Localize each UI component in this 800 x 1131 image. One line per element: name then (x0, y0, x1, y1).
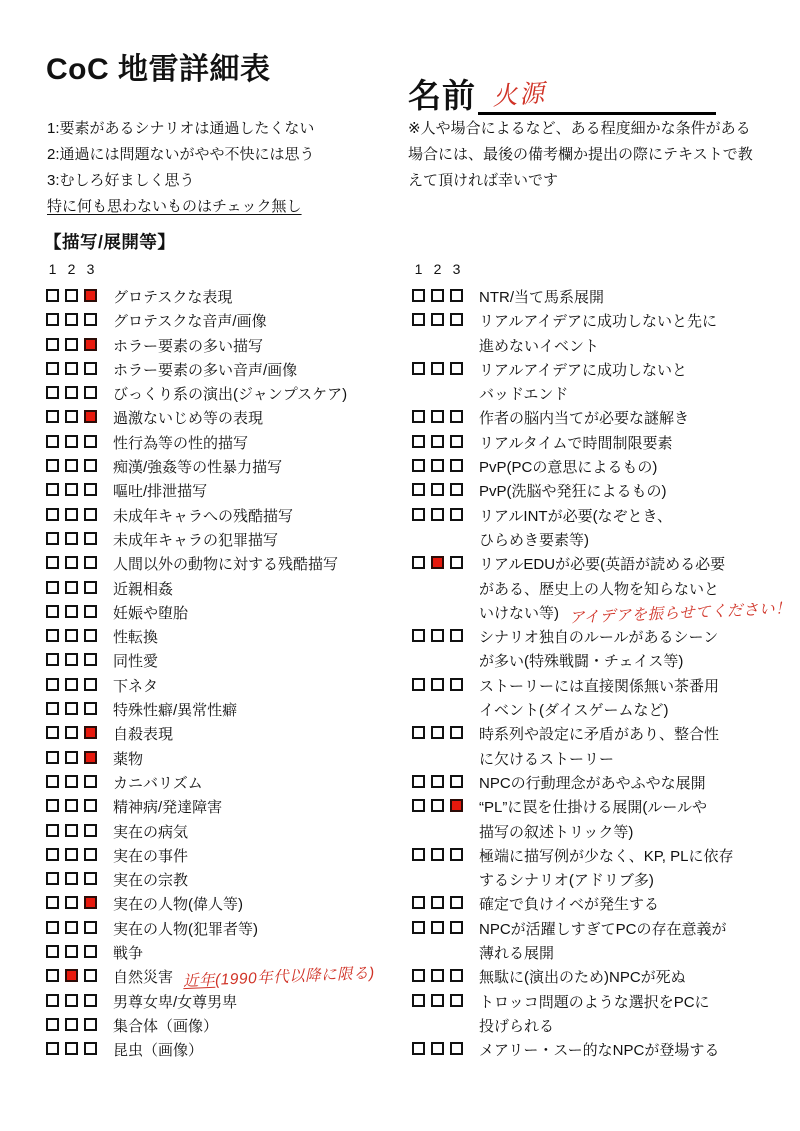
rating-checkbox-2[interactable] (65, 921, 78, 934)
rating-checkbox-1[interactable] (412, 362, 425, 375)
rating-checkbox-2-checked[interactable] (65, 969, 78, 982)
item-text: 薬物 (113, 748, 143, 772)
checklist-item: NPCが活躍しすぎてPCの存在意義が薄れる展開 (412, 918, 784, 967)
rating-checkbox-2[interactable] (65, 629, 78, 642)
item-text: シナリオ独自のルールがあるシーンが多い(特殊戦闘・チェイス等) (479, 626, 718, 675)
rating-checkbox-3[interactable] (450, 678, 463, 691)
item-label: 実在の人物(犯罪者等) (113, 921, 258, 938)
item-text: 昆虫（画像） (113, 1039, 203, 1063)
item-text: 人間以外の動物に対する残酷描写 (113, 553, 338, 577)
rating-boxes (412, 675, 470, 696)
rating-boxes (412, 359, 470, 380)
rating-checkbox-3[interactable] (450, 629, 463, 642)
checklist-item: 実在の人物(犯罪者等) (46, 918, 418, 942)
item-label: 時系列や設定に矛盾があり、整合性 (479, 726, 719, 743)
rating-checkbox-1[interactable] (46, 848, 59, 861)
rating-checkbox-3[interactable] (84, 653, 97, 666)
item-label: 未成年キャラへの残酷描写 (113, 508, 293, 525)
rating-checkbox-1[interactable] (46, 1018, 59, 1031)
rating-checkbox-2[interactable] (65, 653, 78, 666)
name-underline: 火源 (478, 72, 716, 115)
checklist-item: 自然災害近年(1990年代以降に限る) (46, 966, 418, 990)
item-label: PvP(洗脳や発狂によるもの) (479, 483, 667, 500)
rating-boxes (412, 796, 470, 817)
item-label: 実在の事件 (113, 848, 188, 865)
rating-checkbox-2[interactable] (65, 824, 78, 837)
rating-checkbox-1[interactable] (46, 702, 59, 715)
rating-checkbox-3[interactable] (84, 1042, 97, 1055)
rating-boxes (46, 942, 104, 963)
rating-checkbox-1[interactable] (46, 678, 59, 691)
rating-checkbox-2[interactable] (65, 775, 78, 788)
rating-checkbox-2[interactable] (431, 896, 444, 909)
item-label: ストーリーには直接関係無い茶番用 (479, 678, 719, 695)
item-label: 痴漢/強姦等の性暴力描写 (113, 459, 282, 476)
item-text: メアリー・スー的なNPCが登場する (479, 1039, 719, 1063)
item-label: ひらめき要素等) (479, 532, 589, 549)
rating-checkbox-2[interactable] (65, 289, 78, 302)
rating-checkbox-1[interactable] (46, 435, 59, 448)
rating-boxes (412, 772, 470, 793)
rating-checkbox-2[interactable] (65, 508, 78, 521)
item-label: びっくり系の演出(ジャンプスケア) (113, 386, 347, 403)
rating-checkbox-1[interactable] (46, 751, 59, 764)
item-text: 近親相姦 (113, 578, 173, 602)
rating-checkbox-2[interactable] (65, 483, 78, 496)
rating-boxes (412, 1039, 470, 1060)
rating-boxes (412, 626, 470, 647)
rating-checkbox-3[interactable] (84, 313, 97, 326)
checklist-item: 精神病/発達障害 (46, 796, 418, 820)
rating-checkbox-1[interactable] (412, 483, 425, 496)
rating-checkbox-3[interactable] (84, 532, 97, 545)
item-text: 過激ないじめ等の表現 (113, 407, 263, 431)
checklist-item: びっくり系の演出(ジャンプスケア) (46, 383, 418, 407)
rating-checkbox-3[interactable] (450, 435, 463, 448)
item-label: が多い(特殊戦闘・チェイス等) (479, 653, 683, 670)
rating-checkbox-2[interactable] (431, 435, 444, 448)
rating-checkbox-2[interactable] (431, 726, 444, 739)
item-text: 実在の宗教 (113, 869, 188, 893)
rating-checkbox-1[interactable] (412, 848, 425, 861)
rating-checkbox-2[interactable] (65, 678, 78, 691)
checklist-item: メアリー・スー的なNPCが登場する (412, 1039, 784, 1063)
item-label: 進めないイベント (479, 338, 599, 355)
item-text: 嘔吐/排泄描写 (113, 480, 207, 504)
rating-boxes (46, 432, 104, 453)
item-label: ホラー要素の多い音声/画像 (113, 362, 297, 379)
item-label: ホラー要素の多い描写 (113, 338, 263, 355)
rating-boxes (46, 893, 104, 914)
rating-checkbox-3[interactable] (84, 483, 97, 496)
rating-checkbox-2[interactable] (65, 896, 78, 909)
rating-checkbox-1[interactable] (412, 289, 425, 302)
rating-checkbox-1[interactable] (46, 994, 59, 1007)
rating-checkbox-2[interactable] (431, 459, 444, 472)
scale-digit: 2 (431, 261, 444, 286)
checklist-item: 作者の脳内当てが必要な謎解き (412, 407, 784, 431)
item-label: グロテスクな音声/画像 (113, 313, 267, 330)
rating-checkbox-3[interactable] (84, 702, 97, 715)
rating-checkbox-2[interactable] (65, 702, 78, 715)
rating-checkbox-2[interactable] (65, 338, 78, 351)
rating-checkbox-3[interactable] (84, 581, 97, 594)
scale-digit: 1 (46, 261, 59, 286)
rating-boxes (46, 456, 104, 477)
rating-checkbox-3[interactable] (84, 459, 97, 472)
page-title: CoC 地雷詳細表 (46, 44, 271, 88)
rating-checkbox-3-checked[interactable] (84, 338, 97, 351)
rating-checkbox-2[interactable] (65, 556, 78, 569)
rating-boxes (412, 456, 470, 477)
rating-checkbox-1[interactable] (412, 435, 425, 448)
coc-trigger-checklist-page: CoC 地雷詳細表 1:要素があるシナリオは通過したくない 2:通過には問題ない… (0, 0, 800, 1131)
item-text: リアルアイデアに成功しないと先に進めないイベント (479, 310, 717, 359)
conditions-note: ※人や場合によるなど、ある程度細かな条件がある 場合には、最後の備考欄か提出の際… (408, 116, 753, 194)
rating-legend: 1:要素があるシナリオは通過したくない 2:通過には問題ないがやや不快には思う … (47, 116, 315, 220)
rating-checkbox-1[interactable] (412, 775, 425, 788)
note-line-1: ※人や場合によるなど、ある程度細かな条件がある (408, 116, 753, 142)
scale-digit: 2 (65, 261, 78, 286)
item-label: NTR/当て馬系展開 (479, 289, 604, 306)
rating-checkbox-1[interactable] (412, 799, 425, 812)
rating-boxes (412, 432, 470, 453)
rating-boxes (46, 772, 104, 793)
rating-checkbox-3[interactable] (84, 799, 97, 812)
rating-checkbox-3[interactable] (450, 848, 463, 861)
rating-checkbox-1[interactable] (412, 921, 425, 934)
item-label: 人間以外の動物に対する残酷描写 (113, 556, 338, 573)
rating-checkbox-1[interactable] (46, 1042, 59, 1055)
item-label: PvP(PCの意思によるもの) (479, 459, 657, 476)
rating-checkbox-1[interactable] (46, 945, 59, 958)
rating-boxes (46, 650, 104, 671)
rating-checkbox-1[interactable] (46, 532, 59, 545)
checklist-item: シナリオ独自のルールがあるシーンが多い(特殊戦闘・チェイス等) (412, 626, 784, 675)
checklist-column-right: 123NTR/当て馬系展開リアルアイデアに成功しないと先に進めないイベントリアル… (412, 261, 784, 1064)
item-text: NTR/当て馬系展開 (479, 286, 604, 310)
rating-checkbox-3[interactable] (450, 726, 463, 739)
handwritten-note-underlined: 近年 (183, 972, 216, 990)
item-label: 同性愛 (113, 653, 158, 670)
rating-checkbox-2[interactable] (65, 848, 78, 861)
rating-checkbox-3[interactable] (84, 1018, 97, 1031)
rating-checkbox-2[interactable] (65, 726, 78, 739)
item-label: 薬物 (113, 751, 143, 768)
scale-header: 123 (412, 261, 784, 286)
checklist-item: トロッコ問題のような選択をPCに投げられる (412, 991, 784, 1040)
rating-checkbox-2[interactable] (431, 508, 444, 521)
rating-checkbox-3[interactable] (450, 556, 463, 569)
item-text: NPCの行動理念があやふやな展開 (479, 772, 706, 796)
rating-checkbox-1[interactable] (46, 799, 59, 812)
rating-checkbox-1[interactable] (46, 824, 59, 837)
rating-boxes (46, 553, 104, 574)
item-label: 性転換 (113, 629, 158, 646)
rating-boxes (412, 480, 470, 501)
rating-checkbox-3[interactable] (450, 969, 463, 982)
rating-checkbox-3[interactable] (84, 386, 97, 399)
rating-checkbox-2[interactable] (431, 629, 444, 642)
rating-checkbox-3-checked[interactable] (84, 896, 97, 909)
item-label: 近親相姦 (113, 581, 173, 598)
item-label: シナリオ独自のルールがあるシーン (479, 629, 718, 646)
rating-checkbox-2[interactable] (431, 313, 444, 326)
rating-boxes (412, 893, 470, 914)
checklist-item: 実在の人物(偉人等) (46, 893, 418, 917)
item-text: 実在の病気 (113, 821, 188, 845)
rating-checkbox-3[interactable] (450, 362, 463, 375)
rating-checkbox-3[interactable] (84, 945, 97, 958)
checklist-item: 特殊性癖/異常性癖 (46, 699, 418, 723)
rating-checkbox-2[interactable] (431, 362, 444, 375)
rating-checkbox-2[interactable] (65, 459, 78, 472)
checklist-item: 過激ないじめ等の表現 (46, 407, 418, 431)
rating-checkbox-1[interactable] (412, 459, 425, 472)
rating-checkbox-2[interactable] (65, 532, 78, 545)
rating-checkbox-1[interactable] (46, 410, 59, 423)
checklist-item: 同性愛 (46, 650, 418, 674)
handwritten-note: 近年(1990年代以降に限る) (183, 962, 376, 995)
rating-checkbox-3[interactable] (450, 994, 463, 1007)
checklist-item: 嘔吐/排泄描写 (46, 480, 418, 504)
rating-checkbox-3-checked[interactable] (84, 410, 97, 423)
rating-checkbox-1[interactable] (412, 678, 425, 691)
rating-checkbox-3-checked[interactable] (450, 799, 463, 812)
item-label: イベント(ダイスゲームなど) (479, 702, 669, 719)
rating-checkbox-2[interactable] (431, 289, 444, 302)
rating-checkbox-3[interactable] (84, 775, 97, 788)
checklist-item: 薬物 (46, 748, 418, 772)
rating-checkbox-2[interactable] (65, 605, 78, 618)
rating-checkbox-2[interactable] (431, 969, 444, 982)
rating-checkbox-1[interactable] (412, 508, 425, 521)
rating-checkbox-3[interactable] (84, 435, 97, 448)
rating-checkbox-1[interactable] (412, 313, 425, 326)
rating-checkbox-1[interactable] (46, 338, 59, 351)
rating-checkbox-3[interactable] (450, 459, 463, 472)
rating-checkbox-2[interactable] (431, 994, 444, 1007)
rating-checkbox-2[interactable] (431, 483, 444, 496)
checklist-item: グロテスクな音声/画像 (46, 310, 418, 334)
checklist-item: 未成年キャラの犯罪描写 (46, 529, 418, 553)
rating-checkbox-1[interactable] (46, 459, 59, 472)
rating-checkbox-1[interactable] (46, 362, 59, 375)
rating-checkbox-2[interactable] (431, 1042, 444, 1055)
checklist-item: PvP(PCの意思によるもの) (412, 456, 784, 480)
item-label: 特殊性癖/異常性癖 (113, 702, 237, 719)
rating-checkbox-1[interactable] (46, 556, 59, 569)
rating-checkbox-3[interactable] (84, 872, 97, 885)
rating-boxes (46, 383, 104, 404)
rating-checkbox-2[interactable] (431, 848, 444, 861)
rating-checkbox-3-checked[interactable] (84, 726, 97, 739)
item-label: 未成年キャラの犯罪描写 (113, 532, 278, 549)
rating-boxes (46, 359, 104, 380)
rating-checkbox-3[interactable] (84, 921, 97, 934)
item-text: 男尊女卑/女尊男卑 (113, 991, 237, 1015)
rating-checkbox-3[interactable] (84, 605, 97, 618)
item-text: 同性愛 (113, 650, 158, 674)
rating-checkbox-2[interactable] (65, 362, 78, 375)
item-label: 昆虫（画像） (113, 1042, 203, 1059)
rating-checkbox-1[interactable] (46, 581, 59, 594)
rating-checkbox-2[interactable] (65, 581, 78, 594)
item-label: 性行為等の性的描写 (113, 435, 248, 452)
rating-checkbox-2[interactable] (65, 945, 78, 958)
item-text: 作者の脳内当てが必要な謎解き (479, 407, 689, 431)
rating-checkbox-3[interactable] (84, 629, 97, 642)
rating-checkbox-3[interactable] (450, 289, 463, 302)
item-text: 実在の事件 (113, 845, 188, 869)
item-text: 実在の人物(偉人等) (113, 893, 243, 917)
item-label: リアルタイムで時間制限要素 (479, 435, 673, 452)
rating-checkbox-2[interactable] (431, 775, 444, 788)
rating-boxes (412, 553, 470, 574)
rating-checkbox-2[interactable] (65, 1018, 78, 1031)
item-text: 未成年キャラへの残酷描写 (113, 505, 293, 529)
legend-line-2: 2:通過には問題ないがやや不快には思う (47, 142, 315, 168)
rating-checkbox-3[interactable] (84, 824, 97, 837)
rating-checkbox-1[interactable] (46, 483, 59, 496)
rating-checkbox-3[interactable] (450, 775, 463, 788)
rating-checkbox-1[interactable] (46, 508, 59, 521)
rating-boxes (46, 335, 104, 356)
rating-checkbox-1[interactable] (412, 629, 425, 642)
rating-checkbox-2[interactable] (65, 435, 78, 448)
checklist-item: リアルタイムで時間制限要素 (412, 432, 784, 456)
item-label: いけない等) (479, 605, 559, 622)
rating-boxes (46, 310, 104, 331)
rating-checkbox-1[interactable] (412, 994, 425, 1007)
item-label: 描写の叙述トリック等) (479, 824, 633, 841)
rating-checkbox-2-checked[interactable] (431, 556, 444, 569)
rating-boxes (46, 626, 104, 647)
rating-checkbox-3[interactable] (84, 508, 97, 521)
rating-checkbox-3[interactable] (84, 969, 97, 982)
checklist-item: 痴漢/強姦等の性暴力描写 (46, 456, 418, 480)
item-text: 極端に描写例が少なく、KP, PLに依存するシナリオ(アドリブ多) (479, 845, 733, 894)
rating-boxes (46, 407, 104, 428)
rating-boxes (46, 286, 104, 307)
rating-checkbox-2[interactable] (65, 386, 78, 399)
item-text: PvP(PCの意思によるもの) (479, 456, 657, 480)
rating-checkbox-2[interactable] (431, 410, 444, 423)
item-label: リアルアイデアに成功しないと (479, 362, 687, 379)
item-label: 実在の宗教 (113, 872, 188, 889)
rating-checkbox-3[interactable] (450, 313, 463, 326)
rating-checkbox-1[interactable] (412, 896, 425, 909)
item-label: リアルEDUが必要(英語が読める必要 (479, 556, 725, 573)
rating-checkbox-2[interactable] (65, 410, 78, 423)
rating-checkbox-2[interactable] (65, 751, 78, 764)
item-label: 妊娠や堕胎 (113, 605, 188, 622)
item-text: 精神病/発達障害 (113, 796, 222, 820)
rating-checkbox-1[interactable] (46, 726, 59, 739)
rating-checkbox-2[interactable] (65, 872, 78, 885)
rating-checkbox-1[interactable] (46, 289, 59, 302)
rating-checkbox-1[interactable] (46, 969, 59, 982)
rating-checkbox-3[interactable] (84, 362, 97, 375)
rating-checkbox-1[interactable] (412, 556, 425, 569)
checklist-item: 妊娠や堕胎 (46, 602, 418, 626)
item-label: メアリー・スー的なNPCが登場する (479, 1042, 719, 1059)
rating-checkbox-2[interactable] (65, 313, 78, 326)
item-text: 未成年キャラの犯罪描写 (113, 529, 278, 553)
item-text: リアルEDUが必要(英語が読める必要がある、歴史上の人物を知らないといけない等)… (479, 553, 791, 626)
rating-boxes (46, 869, 104, 890)
rating-checkbox-2[interactable] (65, 1042, 78, 1055)
rating-checkbox-3[interactable] (450, 410, 463, 423)
checklist-item: ホラー要素の多い描写 (46, 335, 418, 359)
checklist-item: 自殺表現 (46, 723, 418, 747)
rating-checkbox-3[interactable] (450, 896, 463, 909)
rating-checkbox-2[interactable] (65, 799, 78, 812)
rating-checkbox-3-checked[interactable] (84, 289, 97, 302)
rating-checkbox-1[interactable] (46, 605, 59, 618)
rating-checkbox-1[interactable] (412, 1042, 425, 1055)
rating-boxes (46, 675, 104, 696)
rating-boxes (46, 578, 104, 599)
rating-checkbox-2[interactable] (431, 799, 444, 812)
item-label: 作者の脳内当てが必要な謎解き (479, 410, 689, 427)
rating-checkbox-2[interactable] (431, 678, 444, 691)
item-label: 戦争 (113, 945, 143, 962)
rating-checkbox-3[interactable] (450, 483, 463, 496)
rating-checkbox-3[interactable] (84, 848, 97, 861)
rating-checkbox-3[interactable] (450, 1042, 463, 1055)
rating-checkbox-1[interactable] (46, 653, 59, 666)
rating-checkbox-2[interactable] (431, 921, 444, 934)
item-text: 性転換 (113, 626, 158, 650)
rating-checkbox-3[interactable] (450, 508, 463, 521)
checklist-item: 確定で負けイベが発生する (412, 893, 784, 917)
rating-checkbox-1[interactable] (46, 872, 59, 885)
rating-boxes (46, 505, 104, 526)
checklist-item: 近親相姦 (46, 578, 418, 602)
rating-checkbox-2[interactable] (65, 994, 78, 1007)
item-text: リアルINTが必要(なぞとき、ひらめき要素等) (479, 505, 672, 554)
rating-boxes (46, 1015, 104, 1036)
rating-boxes (46, 966, 104, 987)
item-label: NPCが活躍しすぎてPCの存在意義が (479, 921, 727, 938)
rating-boxes (412, 723, 470, 744)
rating-checkbox-3[interactable] (84, 678, 97, 691)
item-label: するシナリオ(アドリブ多) (479, 872, 654, 889)
rating-checkbox-1[interactable] (412, 969, 425, 982)
rating-checkbox-1[interactable] (46, 775, 59, 788)
rating-boxes (412, 845, 470, 866)
rating-boxes (46, 918, 104, 939)
item-text: 痴漢/強姦等の性暴力描写 (113, 456, 282, 480)
item-text: リアルタイムで時間制限要素 (479, 432, 673, 456)
rating-checkbox-3[interactable] (84, 994, 97, 1007)
rating-checkbox-1[interactable] (412, 726, 425, 739)
rating-checkbox-3-checked[interactable] (84, 751, 97, 764)
rating-checkbox-1[interactable] (46, 921, 59, 934)
rating-checkbox-3[interactable] (84, 556, 97, 569)
rating-checkbox-3[interactable] (450, 921, 463, 934)
rating-checkbox-1[interactable] (46, 896, 59, 909)
item-label: 極端に描写例が少なく、KP, PLに依存 (479, 848, 733, 865)
item-text: 性行為等の性的描写 (113, 432, 248, 456)
rating-checkbox-1[interactable] (412, 410, 425, 423)
rating-checkbox-1[interactable] (46, 313, 59, 326)
item-text: 自然災害近年(1990年代以降に限る) (113, 966, 375, 990)
rating-checkbox-1[interactable] (46, 629, 59, 642)
checklist-item: 男尊女卑/女尊男卑 (46, 991, 418, 1015)
rating-checkbox-1[interactable] (46, 386, 59, 399)
